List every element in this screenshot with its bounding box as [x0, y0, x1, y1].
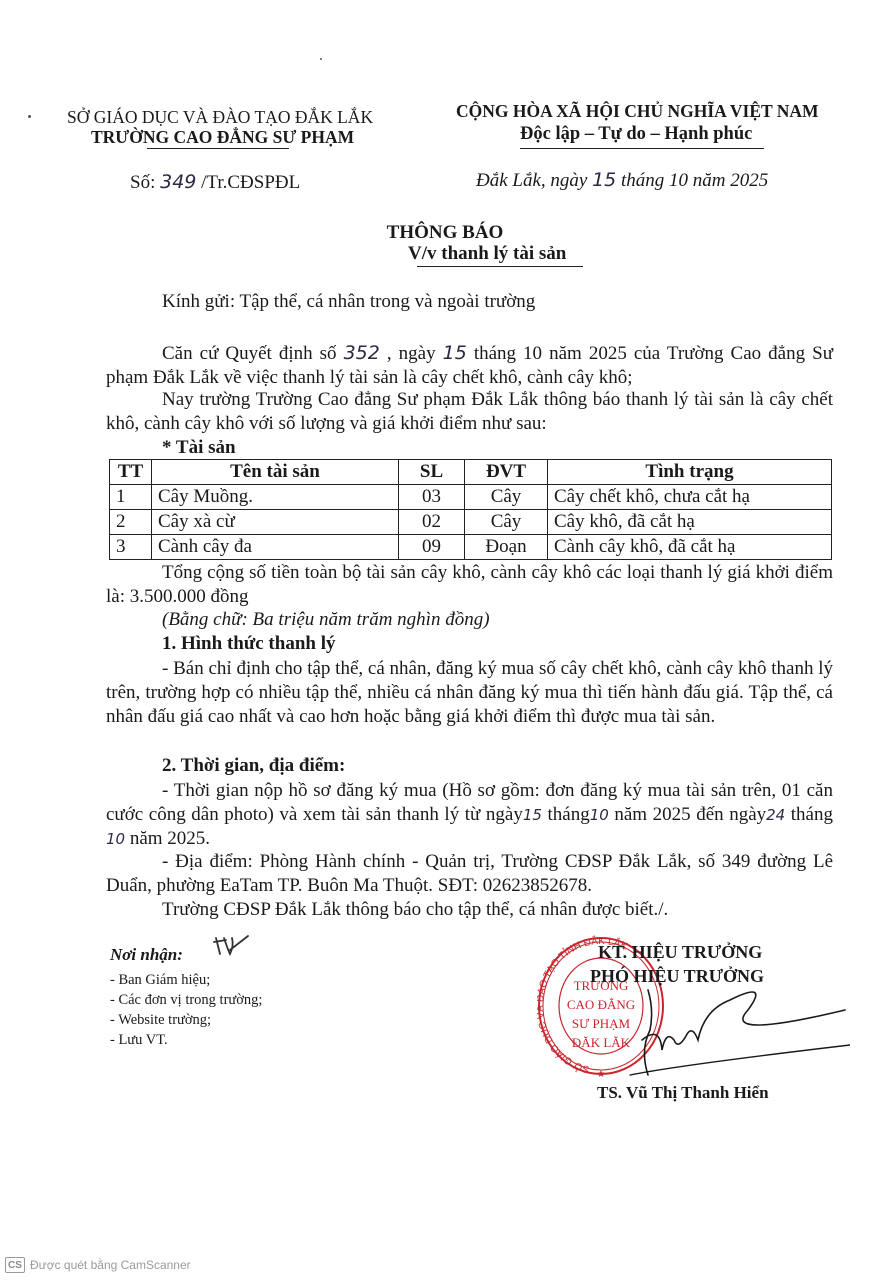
cell-quantity: 03	[399, 485, 465, 510]
signature-title-1: KT. HIỆU TRƯỞNG	[598, 942, 762, 963]
announcement-paragraph: Nay trường Trường Cao đẳng Sư phạm Đắk L…	[106, 388, 833, 436]
cell-tt: 2	[110, 510, 152, 535]
total-paragraph: Tổng cộng số tiền toàn bộ tài sản cây kh…	[106, 561, 833, 609]
department-name: SỞ GIÁO DỤC VÀ ĐÀO TẠO ĐẮK LẮK	[67, 107, 373, 128]
national-title: CỘNG HÒA XÃ HỘI CHỦ NGHĨA VIỆT NAM	[456, 101, 819, 122]
column-header-name: Tên tài sản	[152, 460, 399, 485]
scan-speck	[28, 115, 31, 118]
section-2-time: - Thời gian nộp hồ sơ đăng ký mua (Hồ sơ…	[106, 779, 833, 851]
cell-unit: Cây	[465, 510, 548, 535]
decision-number-handwritten: 352	[344, 342, 380, 364]
subject-underline	[417, 266, 583, 267]
date-day-handwritten: 15	[592, 169, 616, 191]
header-left-underline	[147, 148, 289, 149]
from-month-handwritten: 10	[590, 806, 609, 824]
signer-name: TS. Vũ Thị Thanh Hiển	[597, 1083, 769, 1103]
initials-mark	[210, 932, 250, 962]
salutation: Kính gửi: Tập thể, cá nhân trong và ngoà…	[162, 290, 889, 314]
section-2-place: - Địa điểm: Phòng Hành chính - Quản trị,…	[106, 850, 833, 898]
document-title: THÔNG BÁO	[0, 222, 890, 244]
document-number: Số: 349 /Tr.CĐSPĐL	[130, 171, 300, 194]
decision-day-handwritten: 15	[443, 342, 467, 364]
cell-tt: 3	[110, 535, 152, 560]
cell-condition: Cây chết khô, chưa cắt hạ	[548, 485, 832, 510]
camscanner-footer: CS Được quét bằng CamScanner	[5, 1257, 191, 1273]
cell-quantity: 09	[399, 535, 465, 560]
recipient-item: - Ban Giám hiệu;	[110, 972, 210, 989]
recipient-item: - Các đơn vị trong trường;	[110, 992, 262, 1009]
column-header-condition: Tình trạng	[548, 460, 832, 485]
column-header-unit: ĐVT	[465, 460, 548, 485]
recipients-title: Nơi nhận:	[110, 945, 183, 965]
national-motto: Độc lập – Tự do – Hạnh phúc	[520, 124, 752, 145]
handwritten-signature	[620, 970, 850, 1080]
table-header-row: TT Tên tài sản SL ĐVT Tình trạng	[110, 460, 832, 485]
asset-table: TT Tên tài sản SL ĐVT Tình trạng 1 Cây M…	[109, 459, 832, 560]
section-2-title: 2. Thời gian, địa điểm:	[162, 755, 345, 777]
total-in-words: (Bằng chữ: Ba triệu năm trăm nghìn đồng)	[162, 609, 490, 631]
cell-name: Cành cây đa	[152, 535, 399, 560]
basis-paragraph: Căn cứ Quyết định số 352 , ngày 15 tháng…	[106, 341, 833, 390]
to-month-handwritten: 10	[106, 830, 125, 848]
table-row: 2 Cây xà cừ 02 Cây Cây khô, đã cắt hạ	[110, 510, 832, 535]
cell-name: Cây Muồng.	[152, 485, 399, 510]
cell-name: Cây xà cừ	[152, 510, 399, 535]
table-row: 1 Cây Muồng. 03 Cây Cây chết khô, chưa c…	[110, 485, 832, 510]
svg-text:★: ★	[597, 1069, 606, 1080]
assets-heading: * Tài sản	[162, 437, 236, 459]
to-day-handwritten: 24	[766, 806, 785, 824]
document-number-handwritten: 349	[160, 171, 196, 193]
recipient-item: - Website trường;	[110, 1012, 211, 1029]
table-row: 3 Cành cây đa 09 Đoạn Cành cây khô, đã c…	[110, 535, 832, 560]
cell-tt: 1	[110, 485, 152, 510]
cell-condition: Cành cây khô, đã cắt hạ	[548, 535, 832, 560]
closing-statement: Trường CĐSP Đắk Lắk thông báo cho tập th…	[106, 898, 833, 922]
document-date: Đắk Lắk, ngày 15 tháng 10 năm 2025	[476, 169, 768, 192]
school-name: TRƯỜNG CAO ĐẲNG SƯ PHẠM	[91, 127, 354, 148]
cell-condition: Cây khô, đã cắt hạ	[548, 510, 832, 535]
document-subject: V/v thanh lý tài sản	[408, 243, 566, 265]
recipient-item: - Lưu VT.	[110, 1032, 168, 1049]
section-1-title: 1. Hình thức thanh lý	[162, 633, 335, 655]
cell-unit: Đoạn	[465, 535, 548, 560]
column-header-tt: TT	[110, 460, 152, 485]
header-right-underline	[520, 148, 764, 149]
camscanner-text: Được quét bằng CamScanner	[30, 1258, 191, 1272]
column-header-quantity: SL	[399, 460, 465, 485]
from-day-handwritten: 15	[523, 806, 542, 824]
scan-speck	[320, 58, 322, 60]
cell-unit: Cây	[465, 485, 548, 510]
section-1-text: - Bán chỉ định cho tập thể, cá nhân, đăn…	[106, 657, 833, 729]
cell-quantity: 02	[399, 510, 465, 535]
camscanner-logo-icon: CS	[5, 1257, 25, 1273]
